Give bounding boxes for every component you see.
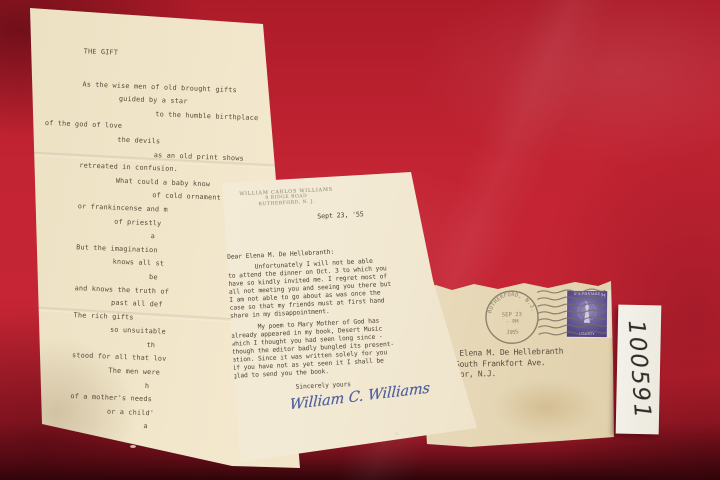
letter-text-block: WILLIAM CARLOS WILLIAMS9 RIDGE ROADRUTHE… bbox=[224, 182, 440, 410]
paper-speck bbox=[395, 432, 399, 435]
svg-text:RUTHERFORD, N.J.: RUTHERFORD, N.J. bbox=[487, 291, 537, 314]
paper-speck bbox=[130, 445, 136, 448]
postmark-date: SEP 23 bbox=[502, 312, 522, 319]
postmark: RUTHERFORD, N.J. SEP 23 - PM 1955 bbox=[477, 282, 615, 353]
poem-title: THE GIFT bbox=[83, 45, 299, 67]
postmark-city: RUTHERFORD, N.J. bbox=[487, 291, 537, 314]
letter-paragraph-1: Unfortunately I will not be ableto atten… bbox=[228, 254, 436, 320]
postmark-year: 1955 bbox=[505, 329, 519, 337]
svg-text:1955: 1955 bbox=[505, 329, 519, 337]
inventory-number: 100591 bbox=[622, 319, 655, 420]
postmark-time: - PM bbox=[506, 319, 519, 325]
inventory-number-slip: 100591 bbox=[616, 305, 662, 435]
letter-date: Sept 23, '55 bbox=[317, 207, 431, 221]
photograph-of-documents: THE GIFT As the wise men of old brought … bbox=[0, 0, 720, 480]
cancellation-wavy-lines bbox=[537, 289, 607, 336]
letterhead: WILLIAM CARLOS WILLIAMS9 RIDGE ROADRUTHE… bbox=[224, 186, 349, 211]
envelope-stain bbox=[488, 376, 603, 438]
letter-paragraph-2: My poem to Mary Mother of God hasalready… bbox=[230, 314, 438, 380]
